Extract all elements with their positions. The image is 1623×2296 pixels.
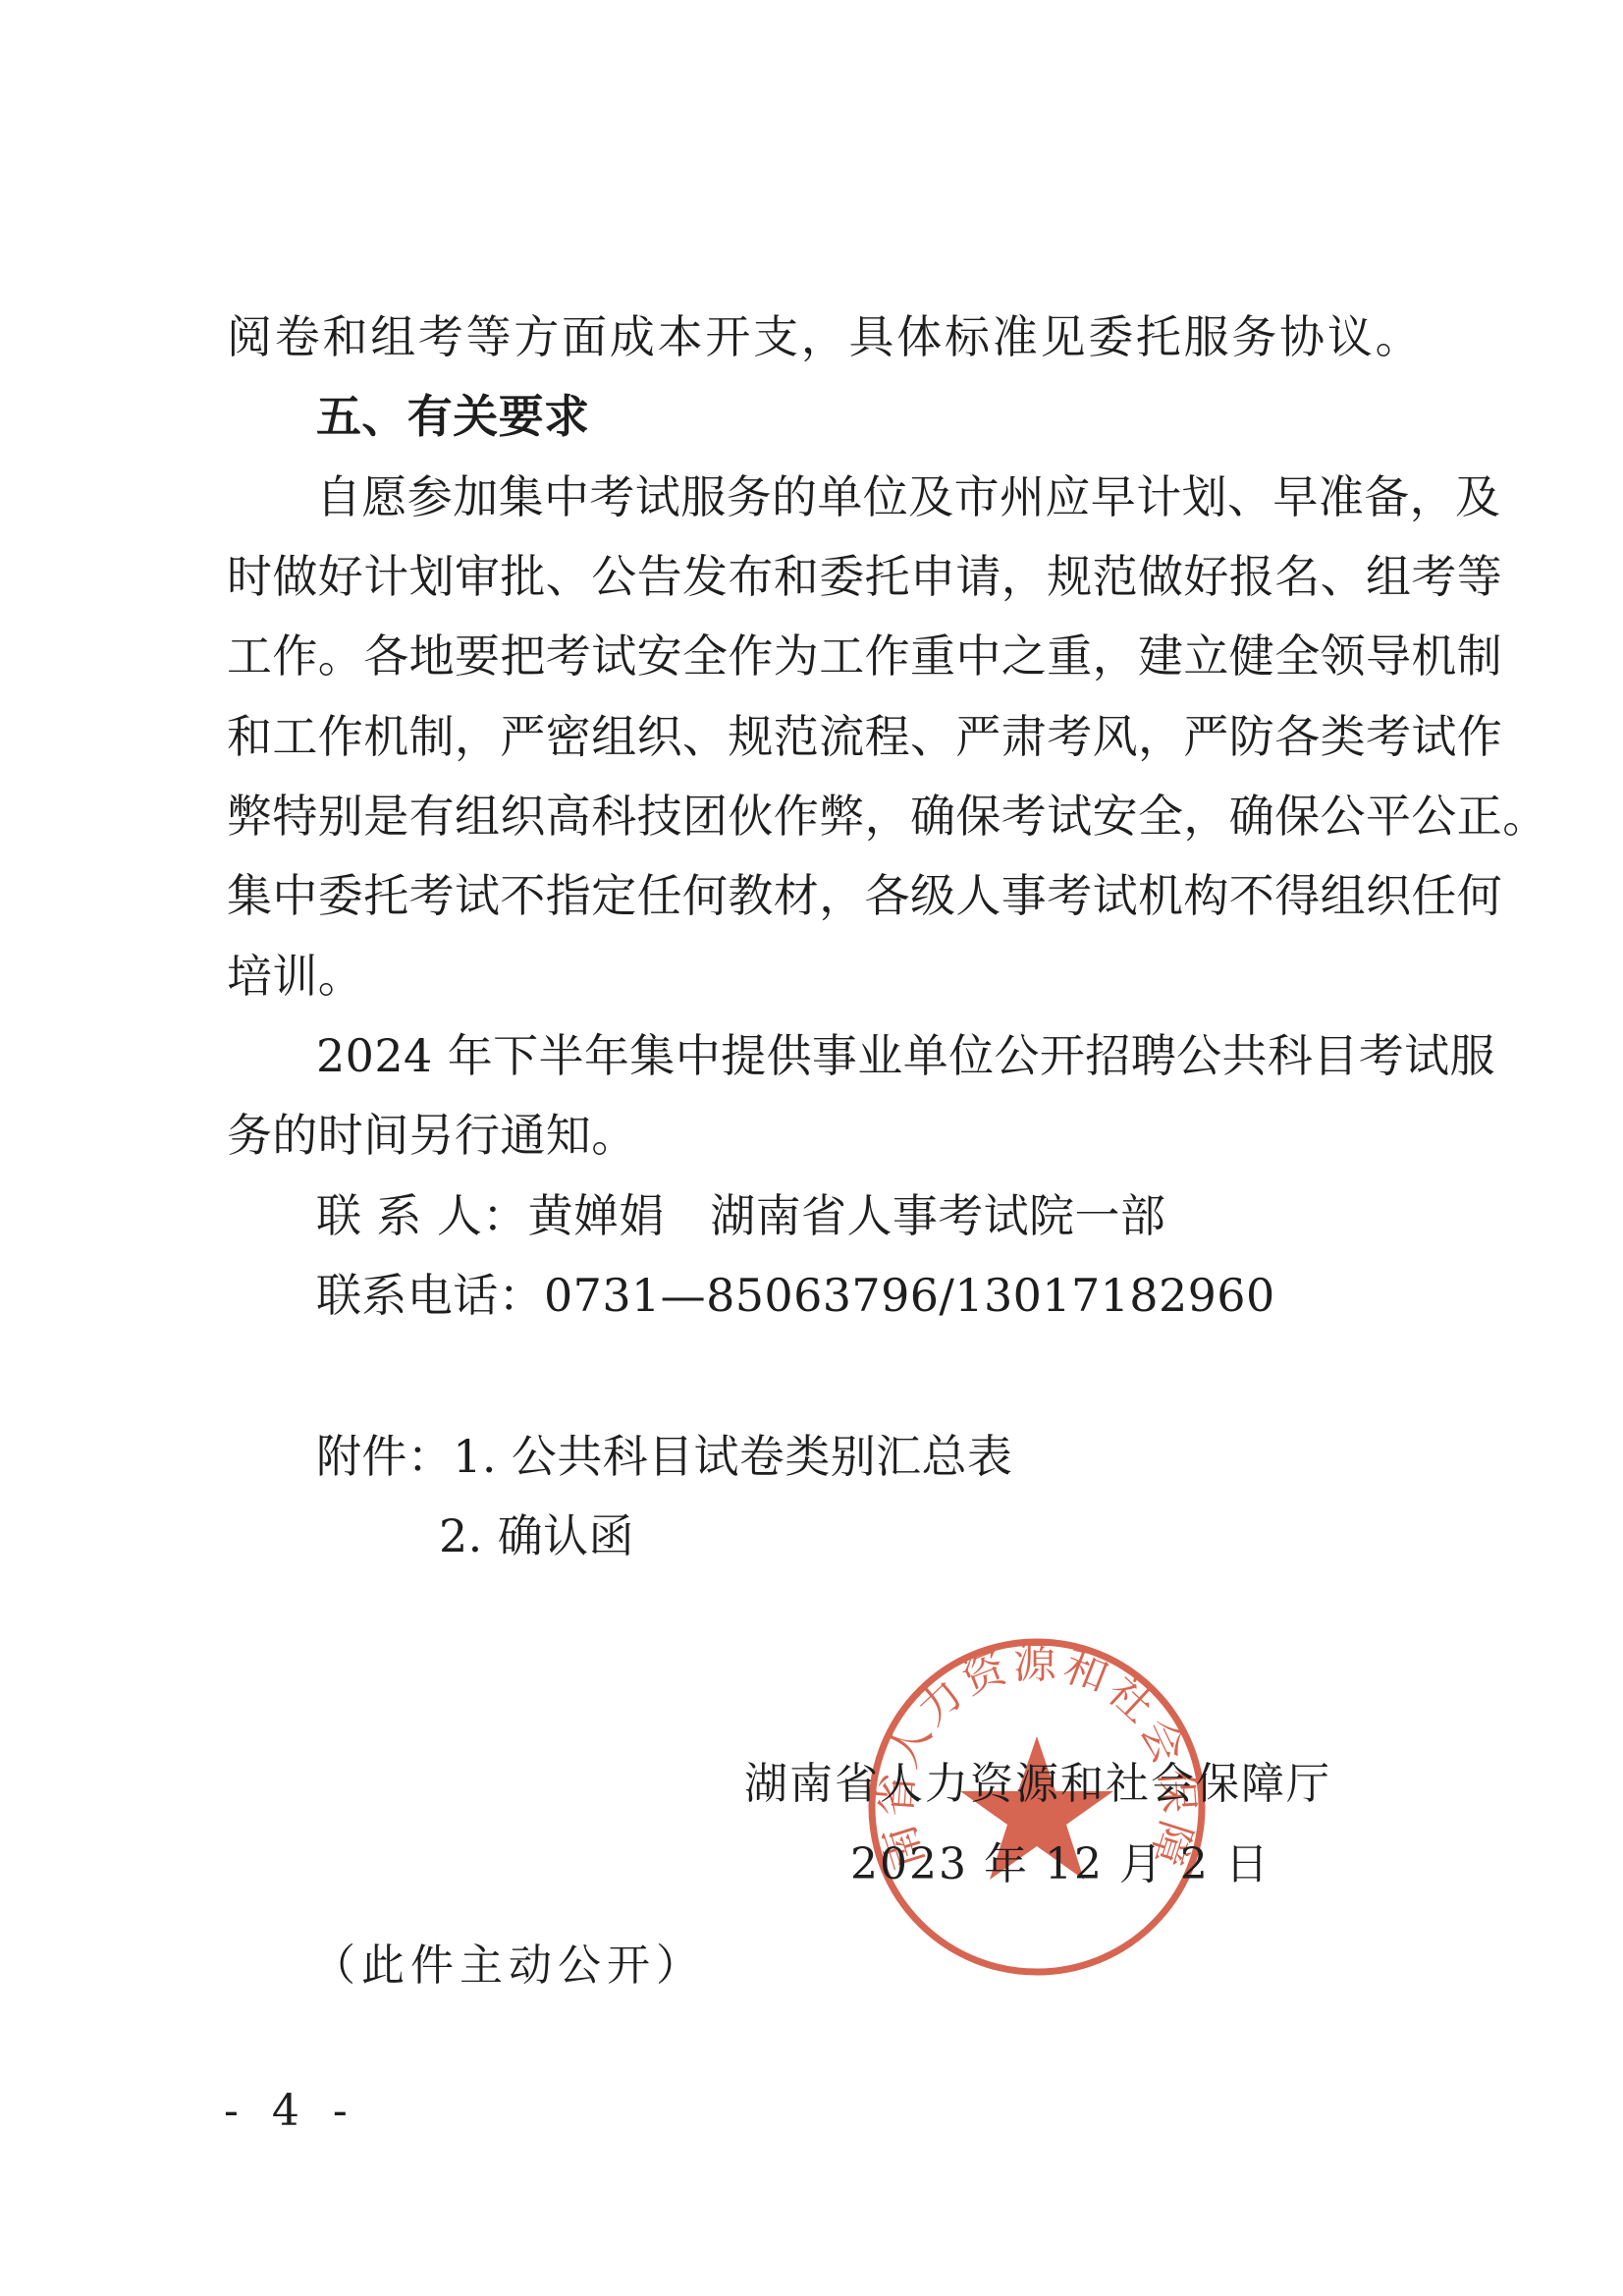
contact-person: 联 系 人：黄婵娟 湖南省人事考试院一部: [316, 1188, 1165, 1243]
section-heading: 五、有关要求: [316, 389, 589, 444]
contact-phone-value: 0731—85063796/13017182960: [544, 1269, 1275, 1322]
attachment-item: 1. 公共科目试卷类别汇总表: [453, 1430, 1012, 1483]
body-line: 阅卷和组考等方面成本开支，具体标准见委托服务协议。: [227, 309, 1421, 364]
body-line: 工作。各地要把考试安全作为工作重中之重，建立健全领导机制: [227, 629, 1421, 683]
issuer-signature: 湖南省人力资源和社会保障厅: [744, 1757, 1331, 1812]
page-number: - 4 -: [224, 2084, 357, 2139]
body-line: 时做好计划审批、公告发布和委托申请，规范做好报名、组考等: [227, 549, 1421, 604]
issue-date: 2023 年 12 月 2 日: [850, 1837, 1271, 1892]
contact-person-label: 联 系 人：: [316, 1189, 528, 1242]
body-line: 自愿参加集中考试服务的单位及市州应早计划、早准备，及: [316, 469, 1421, 524]
attachment-2: 2. 确认函: [439, 1508, 634, 1563]
attachment-1: 附件：1. 公共科目试卷类别汇总表: [316, 1429, 1012, 1484]
contact-phone: 联系电话：0731—85063796/13017182960: [316, 1268, 1275, 1323]
body-line: 集中委托考试不指定任何教材，各级人事考试机构不得组织任何: [227, 868, 1421, 923]
disclosure-note: （此件主动公开）: [312, 1939, 705, 1994]
body-line: 和工作机制，严密组织、规范流程、严肃考风，严防各类考试作: [227, 709, 1421, 764]
body-line: 弊特别是有组织高科技团伙作弊，确保考试安全，确保公平公正。: [227, 789, 1421, 844]
contact-person-value: 黄婵娟 湖南省人事考试院一部: [528, 1189, 1166, 1242]
contact-phone-label: 联系电话：: [316, 1269, 544, 1322]
body-line: 2024 年下半年集中提供事业单位公开招聘公共科目考试服: [316, 1028, 1421, 1083]
attachments-label: 附件：: [316, 1430, 453, 1483]
body-line: 务的时间另行通知。: [227, 1108, 637, 1163]
attachment-item: 2. 确认函: [439, 1509, 634, 1562]
body-line: 培训。: [227, 949, 363, 1004]
